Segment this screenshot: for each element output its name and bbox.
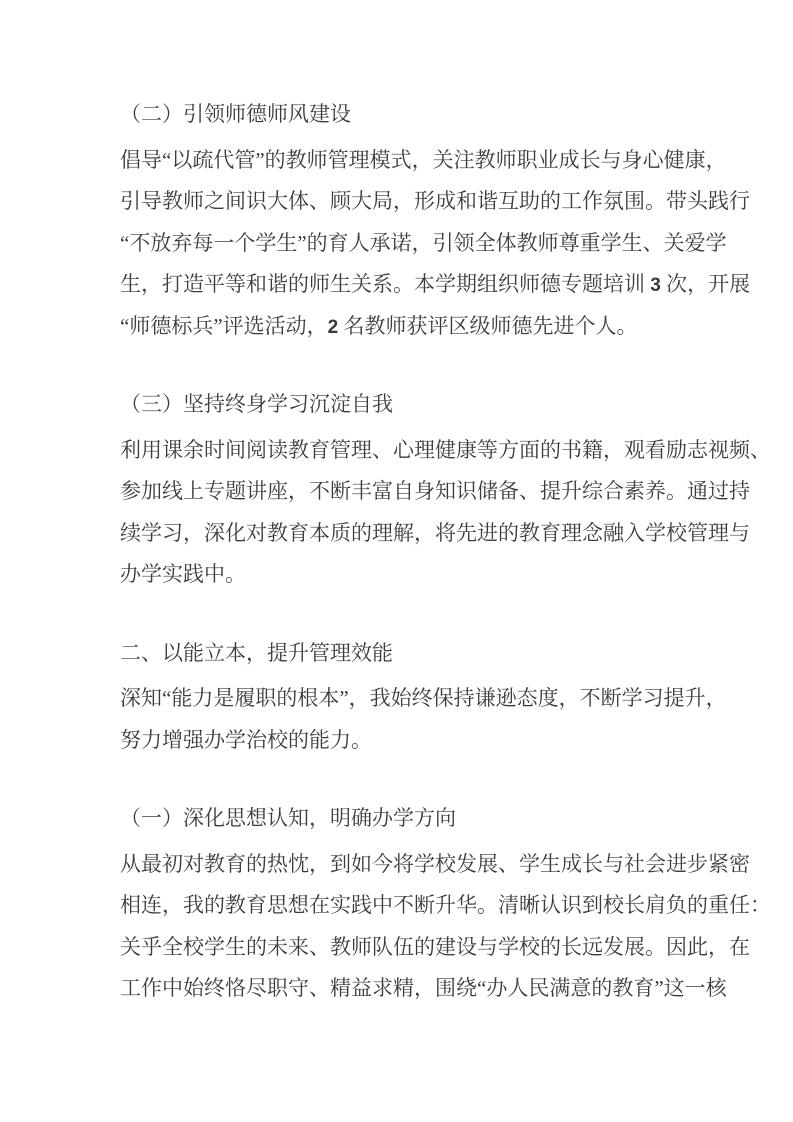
text-line: （二）引领师德师风建设 [120, 94, 678, 136]
section-heading: （三）坚持终身学习沉淀自我 [120, 384, 678, 426]
numeral: 2 [328, 317, 339, 338]
paragraph: 从最初对教育的热忱，到如今将学校发展、学生成长与社会进步紧密相连，我的教育思想在… [120, 844, 678, 1010]
text-line: 从最初对教育的热忱，到如今将学校发展、学生成长与社会进步紧密 [120, 844, 678, 886]
text-line: “不放弃每一个学生”的育人承诺，引领全体教师尊重学生、关爱学 [120, 223, 678, 265]
text-line: 引导教师之间识大体、顾大局，形成和谐互助的工作氛围。带头践行 [120, 181, 678, 223]
text-line: 二、以能立本，提升管理效能 [120, 633, 678, 675]
section-heading: 二、以能立本，提升管理效能 [120, 633, 678, 675]
document-page: （二）引领师德师风建设倡导“以疏代管”的教师管理模式，关注教师职业成长与身心健康… [0, 0, 793, 1122]
text-line: 倡导“以疏代管”的教师管理模式，关注教师职业成长与身心健康， [120, 140, 678, 182]
paragraph: 利用课余时间阅读教育管理、心理健康等方面的书籍，观看励志视频、参加线上专题讲座，… [120, 430, 678, 596]
paragraph: 深知“能力是履职的根本”，我始终保持谦逊态度，不断学习提升，努力增强办学治校的能… [120, 678, 678, 761]
text-line: “师德标兵”评选活动，2 名教师获评区级师德先进个人。 [120, 306, 678, 348]
numeral: 3 [650, 275, 661, 296]
text-line: 工作中始终恪尽职守、精益求精，围绕“办人民满意的教育”这一核 [120, 968, 678, 1010]
text-line: 生，打造平等和谐的师生关系。本学期组织师德专题培训 3 次，开展 [120, 264, 678, 306]
text-line: 办学实践中。 [120, 554, 678, 596]
text-line: 参加线上专题讲座，不断丰富自身知识储备、提升综合素养。通过持 [120, 471, 678, 513]
section-heading: （一）深化思想认知，明确办学方向 [120, 798, 678, 840]
text-line: 深知“能力是履职的根本”，我始终保持谦逊态度，不断学习提升， [120, 678, 678, 720]
text-line: 关乎全校学生的未来、教师队伍的建设与学校的长远发展。因此，在 [120, 927, 678, 969]
text-line: 利用课余时间阅读教育管理、心理健康等方面的书籍，观看励志视频、 [120, 430, 678, 472]
document-body: （二）引领师德师风建设倡导“以疏代管”的教师管理模式，关注教师职业成长与身心健康… [120, 94, 678, 1010]
text-line: 相连，我的教育思想在实践中不断升华。清晰认识到校长肩负的重任： [120, 885, 678, 927]
text-line: （一）深化思想认知，明确办学方向 [120, 798, 678, 840]
text-line: 努力增强办学治校的能力。 [120, 720, 678, 762]
paragraph: 倡导“以疏代管”的教师管理模式，关注教师职业成长与身心健康，引导教师之间识大体、… [120, 140, 678, 348]
text-line: （三）坚持终身学习沉淀自我 [120, 384, 678, 426]
section-heading: （二）引领师德师风建设 [120, 94, 678, 136]
text-line: 续学习，深化对教育本质的理解，将先进的教育理念融入学校管理与 [120, 513, 678, 555]
